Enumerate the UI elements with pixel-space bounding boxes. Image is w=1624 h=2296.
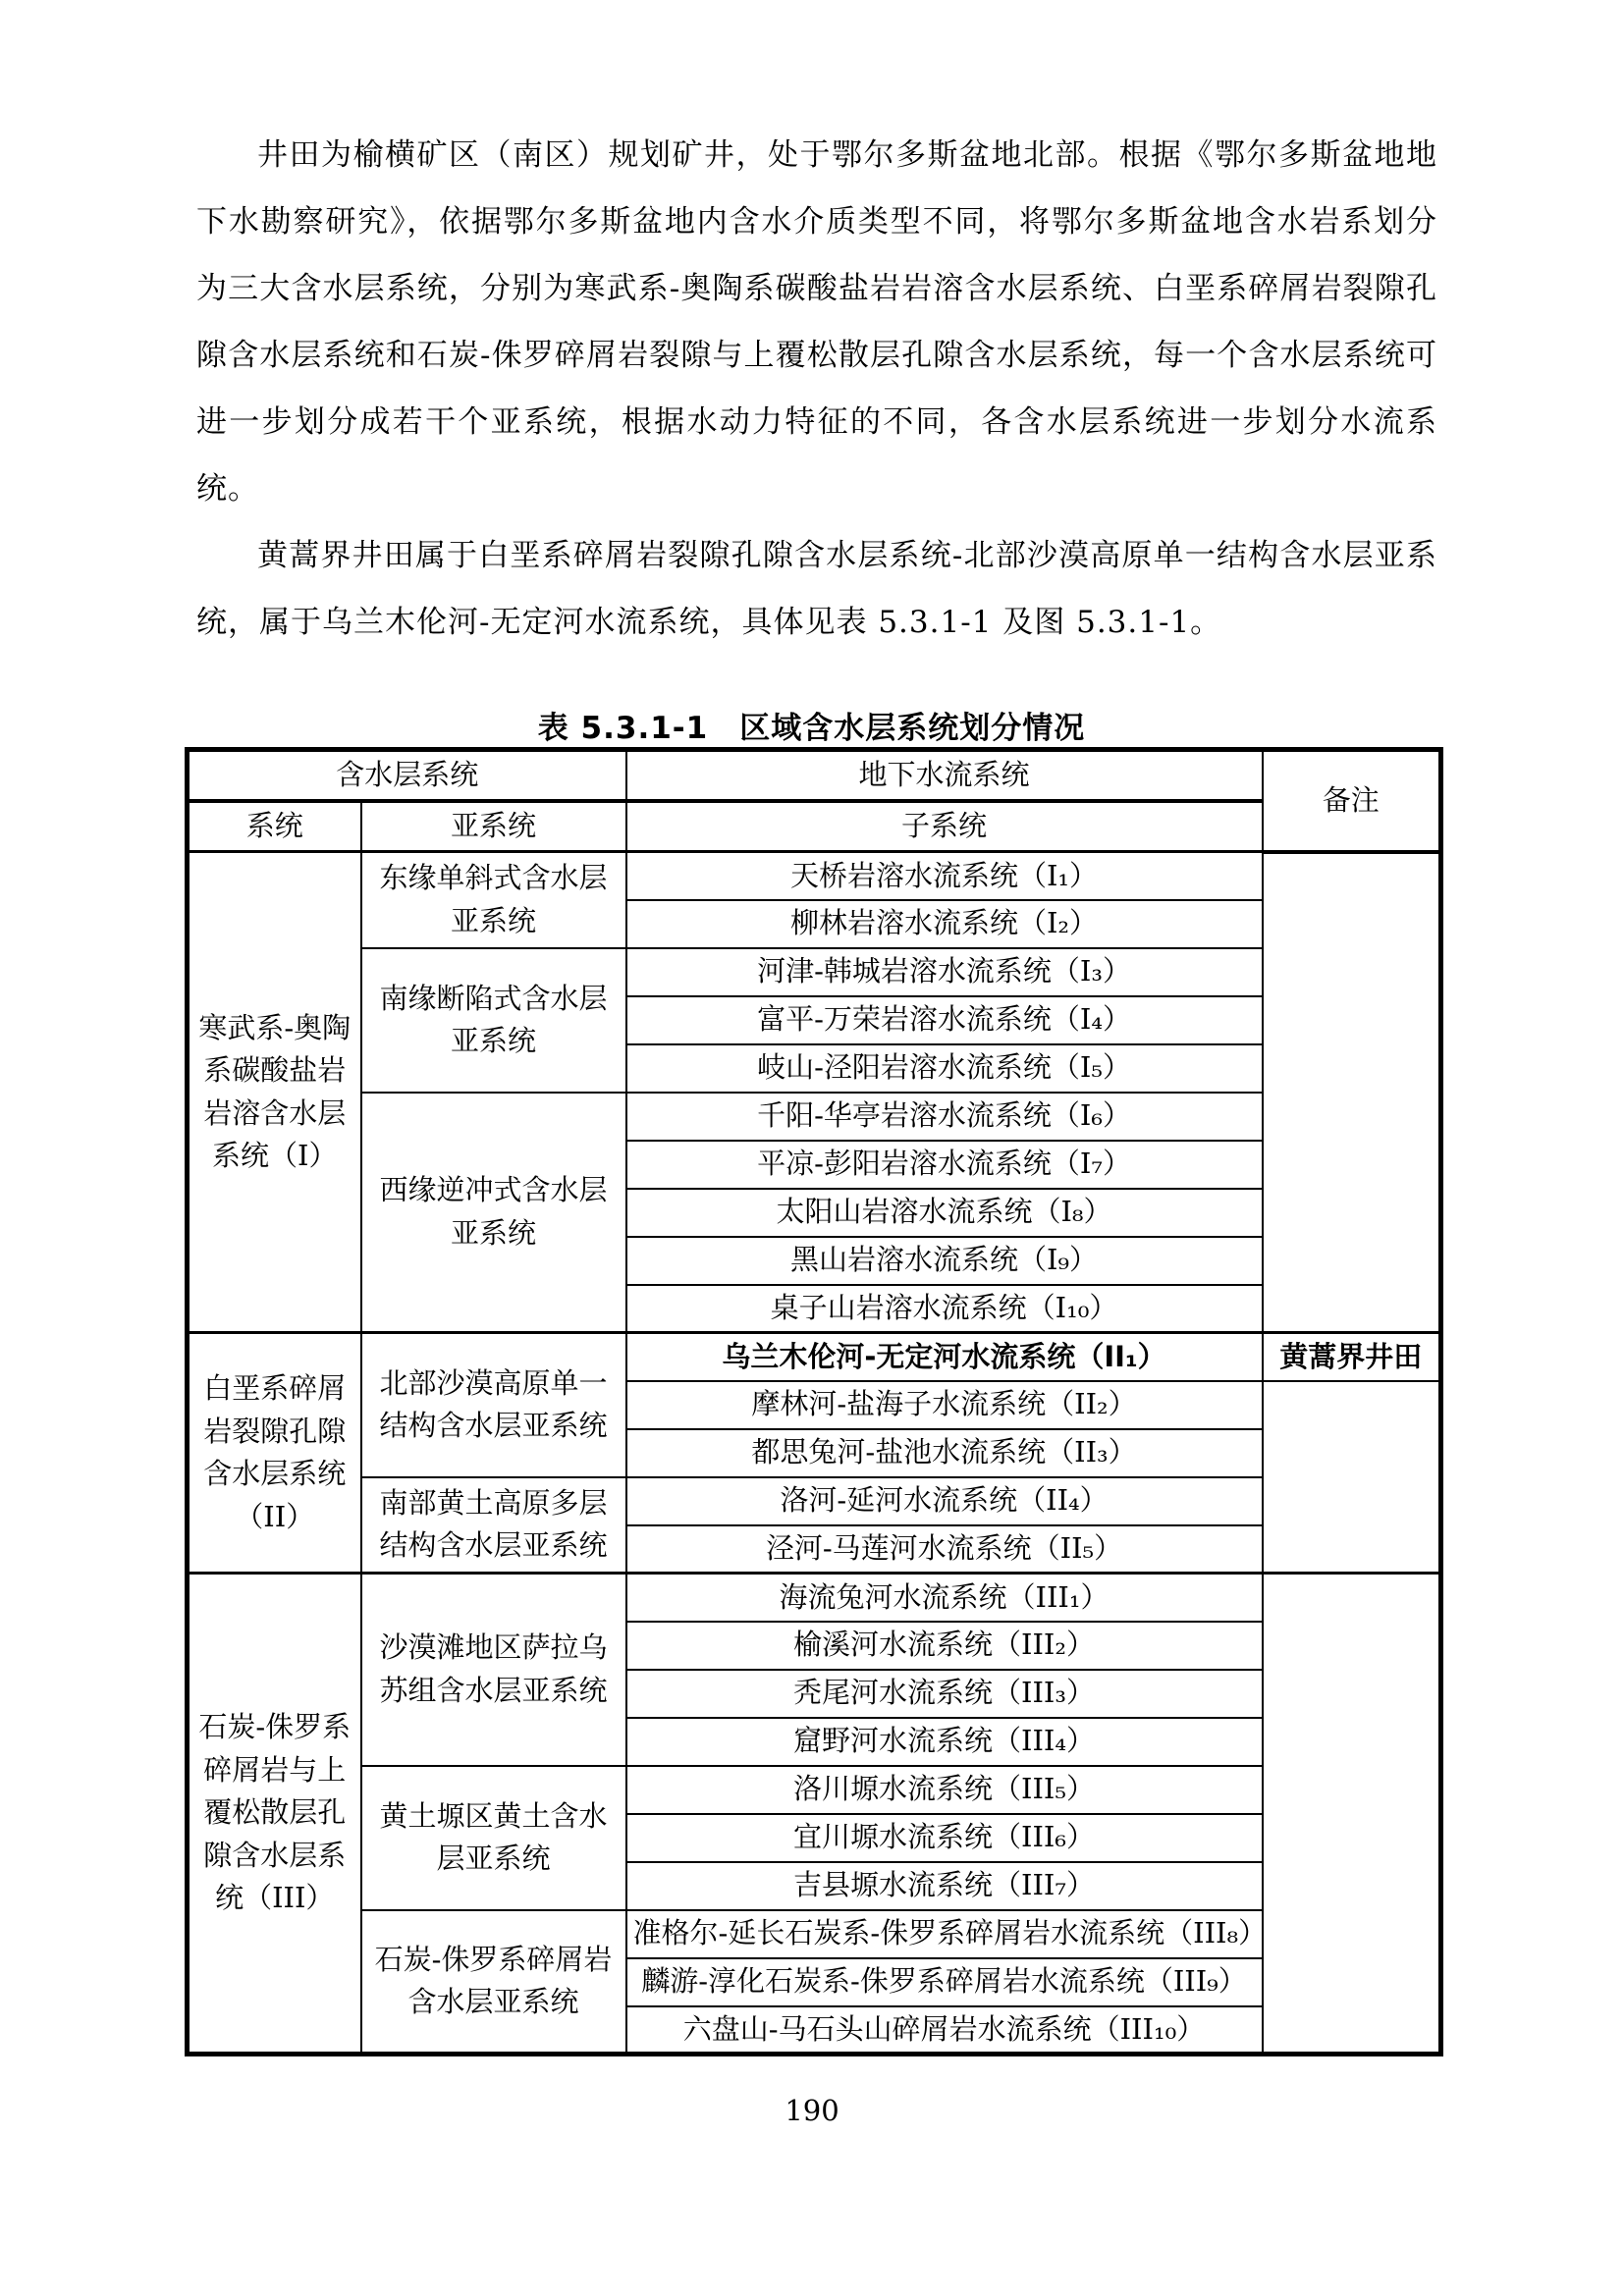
cell-system-II: 白垩系碎屑岩裂隙孔隙含水层系统（II）	[188, 1333, 361, 1574]
cell-flow-system-I3: 河津-韩城岩溶水流系统（I₃）	[626, 948, 1263, 996]
header-remark: 备注	[1263, 750, 1441, 852]
cell-flow-system-I2: 柳林岩溶水流系统（I₂）	[626, 900, 1263, 948]
cell-flow-system-III1: 海流兔河水流系统（III₁）	[626, 1574, 1263, 1622]
cell-flow-system-I10: 桌子山岩溶水流系统（I₁₀）	[626, 1285, 1263, 1333]
cell-flow-system-III4: 窟野河水流系统（III₄）	[626, 1718, 1263, 1766]
cell-subsystem-I-west: 西缘逆冲式含水层亚系统	[361, 1093, 626, 1333]
cell-flow-system-II3: 都思兔河-盐池水流系统（II₃）	[626, 1429, 1263, 1477]
aquifer-system-table: 含水层系统 地下水流系统 备注 系统 亚系统 子系统 寒武系-奥陶系碳酸盐岩岩溶…	[185, 747, 1443, 2056]
header-child-system: 子系统	[626, 801, 1263, 852]
header-system: 系统	[188, 801, 361, 852]
body-text: 井田为榆横矿区（南区）规划矿井，处于鄂尔多斯盆地北部。根据《鄂尔多斯盆地地下水勘…	[196, 122, 1437, 656]
cell-remark-empty-II	[1263, 1381, 1441, 1574]
cell-flow-system-I4: 富平-万荣岩溶水流系统（I₄）	[626, 996, 1263, 1044]
cell-subsystem-III-desert: 沙漠滩地区萨拉乌苏组含水层亚系统	[361, 1574, 626, 1766]
cell-remark-empty-III	[1263, 1574, 1441, 2055]
cell-subsystem-II-north: 北部沙漠高原单一结构含水层亚系统	[361, 1333, 626, 1477]
cell-flow-system-I8: 太阳山岩溶水流系统（I₈）	[626, 1189, 1263, 1237]
cell-flow-system-I1: 天桥岩溶水流系统（I₁）	[626, 852, 1263, 900]
paragraph-1: 井田为榆横矿区（南区）规划矿井，处于鄂尔多斯盆地北部。根据《鄂尔多斯盆地地下水勘…	[196, 122, 1437, 522]
cell-subsystem-I-east: 东缘单斜式含水层亚系统	[361, 852, 626, 948]
cell-flow-system-I9: 黑山岩溶水流系统（I₉）	[626, 1237, 1263, 1285]
cell-subsystem-II-south: 南部黄土高原多层结构含水层亚系统	[361, 1477, 626, 1574]
cell-subsystem-I-south: 南缘断陷式含水层亚系统	[361, 948, 626, 1093]
cell-flow-system-I6: 千阳-华亭岩溶水流系统（I₆）	[626, 1093, 1263, 1141]
table-row: 南部黄土高原多层结构含水层亚系统 洛河-延河水流系统（II₄）	[188, 1477, 1441, 1525]
table-row: 石炭-侏罗系碎屑岩含水层亚系统 准格尔-延长石炭系-侏罗系碎屑岩水流系统（III…	[188, 1910, 1441, 1958]
table-row: 南缘断陷式含水层亚系统 河津-韩城岩溶水流系统（I₃）	[188, 948, 1441, 996]
cell-flow-system-II1-highlight: 乌兰木伦河-无定河水流系统（II₁）	[626, 1333, 1263, 1381]
header-subsystem: 亚系统	[361, 801, 626, 852]
cell-system-I: 寒武系-奥陶系碳酸盐岩岩溶含水层系统（I）	[188, 852, 361, 1333]
paragraph-2: 黄蒿界井田属于白垩系碎屑岩裂隙孔隙含水层系统-北部沙漠高原单一结构含水层亚系统，…	[196, 522, 1437, 656]
cell-remark-minefield: 黄蒿界井田	[1263, 1333, 1441, 1381]
table-title: 表 5.3.1-1 区域含水层系统划分情况	[185, 703, 1438, 747]
header-row-1: 含水层系统 地下水流系统 备注	[188, 750, 1441, 801]
table-row: 石炭-侏罗系碎屑岩与上覆松散层孔隙含水层系统（III） 沙漠滩地区萨拉乌苏组含水…	[188, 1574, 1441, 1622]
table-row: 黄土塬区黄土含水层亚系统 洛川塬水流系统（III₅）	[188, 1766, 1441, 1814]
cell-flow-system-II4: 洛河-延河水流系统（II₄）	[626, 1477, 1263, 1525]
cell-flow-system-III6: 宜川塬水流系统（III₆）	[626, 1814, 1263, 1862]
page-number: 190	[0, 2094, 1624, 2127]
cell-flow-system-III7: 吉县塬水流系统（III₇）	[626, 1862, 1263, 1910]
cell-flow-system-I5: 岐山-泾阳岩溶水流系统（I₅）	[626, 1044, 1263, 1093]
header-groundwater-flow-system: 地下水流系统	[626, 750, 1263, 801]
cell-flow-system-II2: 摩林河-盐海子水流系统（II₂）	[626, 1381, 1263, 1429]
cell-flow-system-III3: 秃尾河水流系统（III₃）	[626, 1670, 1263, 1718]
cell-flow-system-II5: 泾河-马莲河水流系统（II₅）	[626, 1525, 1263, 1574]
table-row: 西缘逆冲式含水层亚系统 千阳-华亭岩溶水流系统（I₆）	[188, 1093, 1441, 1141]
cell-remark-empty-I	[1263, 852, 1441, 1333]
document-page: 井田为榆横矿区（南区）规划矿井，处于鄂尔多斯盆地北部。根据《鄂尔多斯盆地地下水勘…	[0, 0, 1624, 2296]
header-aquifer-system: 含水层系统	[188, 750, 626, 801]
table-row: 白垩系碎屑岩裂隙孔隙含水层系统（II） 北部沙漠高原单一结构含水层亚系统 乌兰木…	[188, 1333, 1441, 1381]
cell-subsystem-III-loess: 黄土塬区黄土含水层亚系统	[361, 1766, 626, 1910]
cell-flow-system-III10: 六盘山-马石头山碎屑岩水流系统（III₁₀）	[626, 2006, 1263, 2055]
cell-system-III: 石炭-侏罗系碎屑岩与上覆松散层孔隙含水层系统（III）	[188, 1574, 361, 2055]
cell-flow-system-III8: 准格尔-延长石炭系-侏罗系碎屑岩水流系统（III₈）	[626, 1910, 1263, 1958]
cell-flow-system-I7: 平凉-彭阳岩溶水流系统（I₇）	[626, 1141, 1263, 1189]
cell-flow-system-III9: 麟游-淳化石炭系-侏罗系碎屑岩水流系统（III₉）	[626, 1958, 1263, 2006]
cell-flow-system-III2: 榆溪河水流系统（III₂）	[626, 1622, 1263, 1670]
cell-flow-system-III5: 洛川塬水流系统（III₅）	[626, 1766, 1263, 1814]
header-row-2: 系统 亚系统 子系统	[188, 801, 1441, 852]
cell-subsystem-III-carboniferous: 石炭-侏罗系碎屑岩含水层亚系统	[361, 1910, 626, 2055]
table-row: 寒武系-奥陶系碳酸盐岩岩溶含水层系统（I） 东缘单斜式含水层亚系统 天桥岩溶水流…	[188, 852, 1441, 900]
